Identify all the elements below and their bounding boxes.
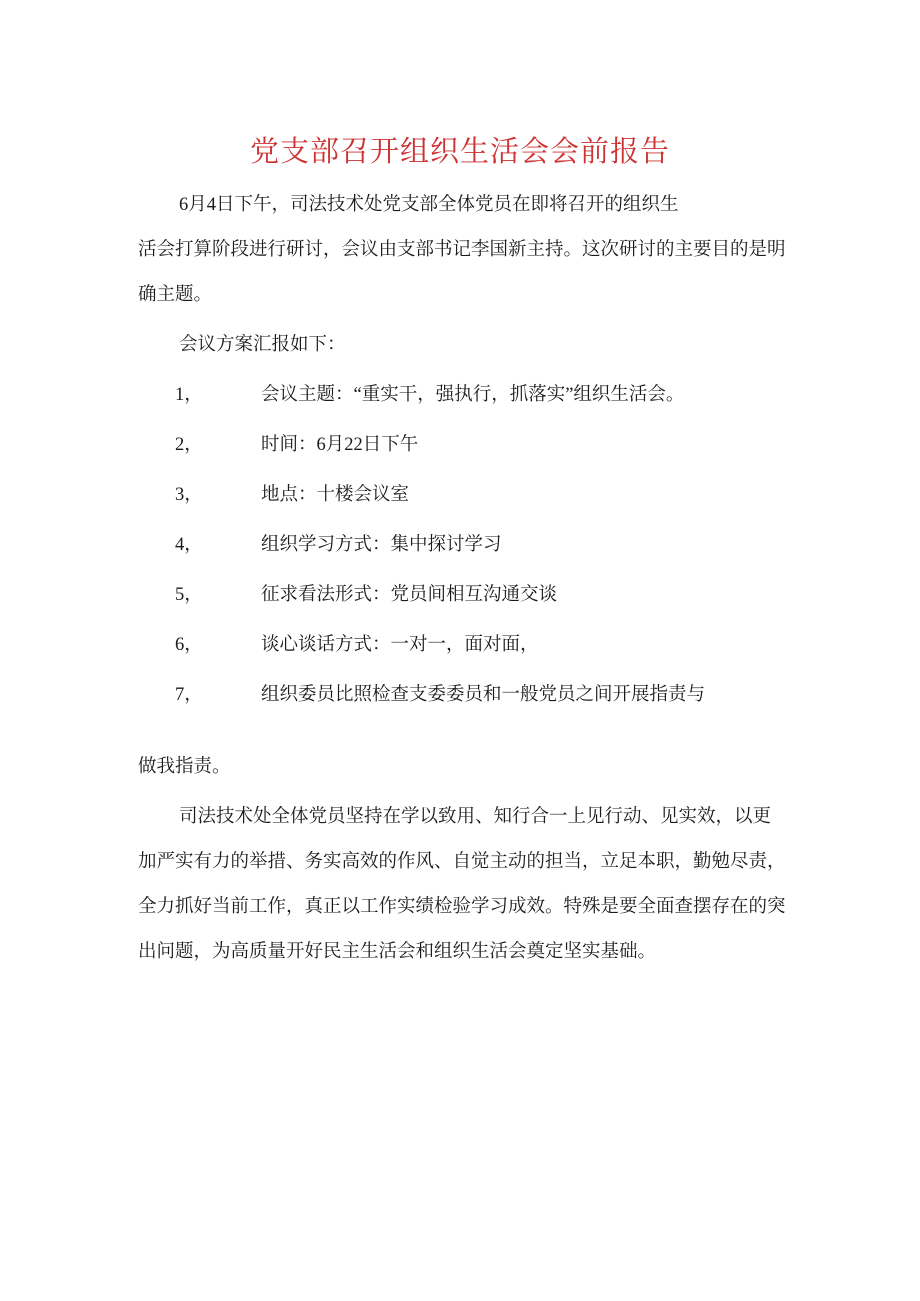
list-item-number: 7，: [175, 673, 203, 718]
list-item-number: 2，: [175, 423, 203, 468]
list-item-text: 会议主题：“重实干，强执行，抓落实”组织生活会。: [261, 385, 684, 405]
list-item-number: 3，: [175, 473, 203, 518]
list-item-text: 谈心谈话方式：一对一，面对面，: [261, 635, 539, 655]
list-item-5: 5， 征求看法形式：党员间相互沟通交谈: [138, 573, 782, 618]
paragraph-line: 活会打算阶段进行研讨，会议由支部书记李国新主持。这次研讨的主要目的是明: [138, 228, 782, 273]
paragraph-line: 确主题。: [138, 273, 782, 318]
paragraph-line: 出问题，为高质量开好民主生活会和组织生活会奠定坚实基础。: [138, 930, 782, 975]
list-item-number: 4，: [175, 523, 203, 568]
list-item-text: 征求看法形式：党员间相互沟通交谈: [261, 585, 557, 605]
list-item-number: 5，: [175, 573, 203, 618]
intro-line: 会议方案汇报如下：: [138, 323, 782, 368]
paragraph-line: 6月4日下午，司法技术处党支部全体党员在即将召开的组织生: [138, 183, 782, 228]
list-item-text: 组织委员比照检查支委委员和一般党员之间开展指责与: [261, 685, 705, 705]
list-item-3: 3， 地点：十楼会议室: [138, 473, 782, 518]
list-item-number: 6，: [175, 623, 203, 668]
continuation-line: 做我指责。: [138, 745, 782, 790]
document-title: 党支部召开组织生活会会前报告: [138, 134, 782, 170]
opening-paragraph: 6月4日下午，司法技术处党支部全体党员在即将召开的组织生 活会打算阶段进行研讨，…: [138, 183, 782, 318]
list-item-number: 1，: [175, 373, 203, 418]
list-item-2: 2， 时间：6月22日下午: [138, 423, 782, 468]
list-item-1: 1， 会议主题：“重实干，强执行，抓落实”组织生活会。: [138, 373, 782, 418]
paragraph-line: 全力抓好当前工作，真正以工作实绩检验学习成效。特殊是要全面查摆存在的突: [138, 885, 782, 930]
list-item-7: 7， 组织委员比照检查支委委员和一般党员之间开展指责与: [138, 673, 782, 718]
document-content: 党支部召开组织生活会会前报告 6月4日下午，司法技术处党支部全体党员在即将召开的…: [0, 134, 920, 975]
list-item-6: 6， 谈心谈话方式：一对一，面对面，: [138, 623, 782, 668]
document-page: 党支部召开组织生活会会前报告 6月4日下午，司法技术处党支部全体党员在即将召开的…: [0, 0, 920, 1301]
paragraph-line: 加严实有力的举措、务实高效的作风、自觉主动的担当，立足本职，勤勉尽责，: [138, 840, 782, 885]
closing-paragraph: 司法技术处全体党员坚持在学以致用、知行合一上见行动、见实效，以更 加严实有力的举…: [138, 795, 782, 975]
list-item-4: 4， 组织学习方式：集中探讨学习: [138, 523, 782, 568]
list-item-text: 地点：十楼会议室: [261, 485, 409, 505]
list-item-text: 时间：6月22日下午: [261, 435, 418, 455]
list-item-text: 组织学习方式：集中探讨学习: [261, 535, 502, 555]
paragraph-line: 司法技术处全体党员坚持在学以致用、知行合一上见行动、见实效，以更: [138, 795, 782, 840]
